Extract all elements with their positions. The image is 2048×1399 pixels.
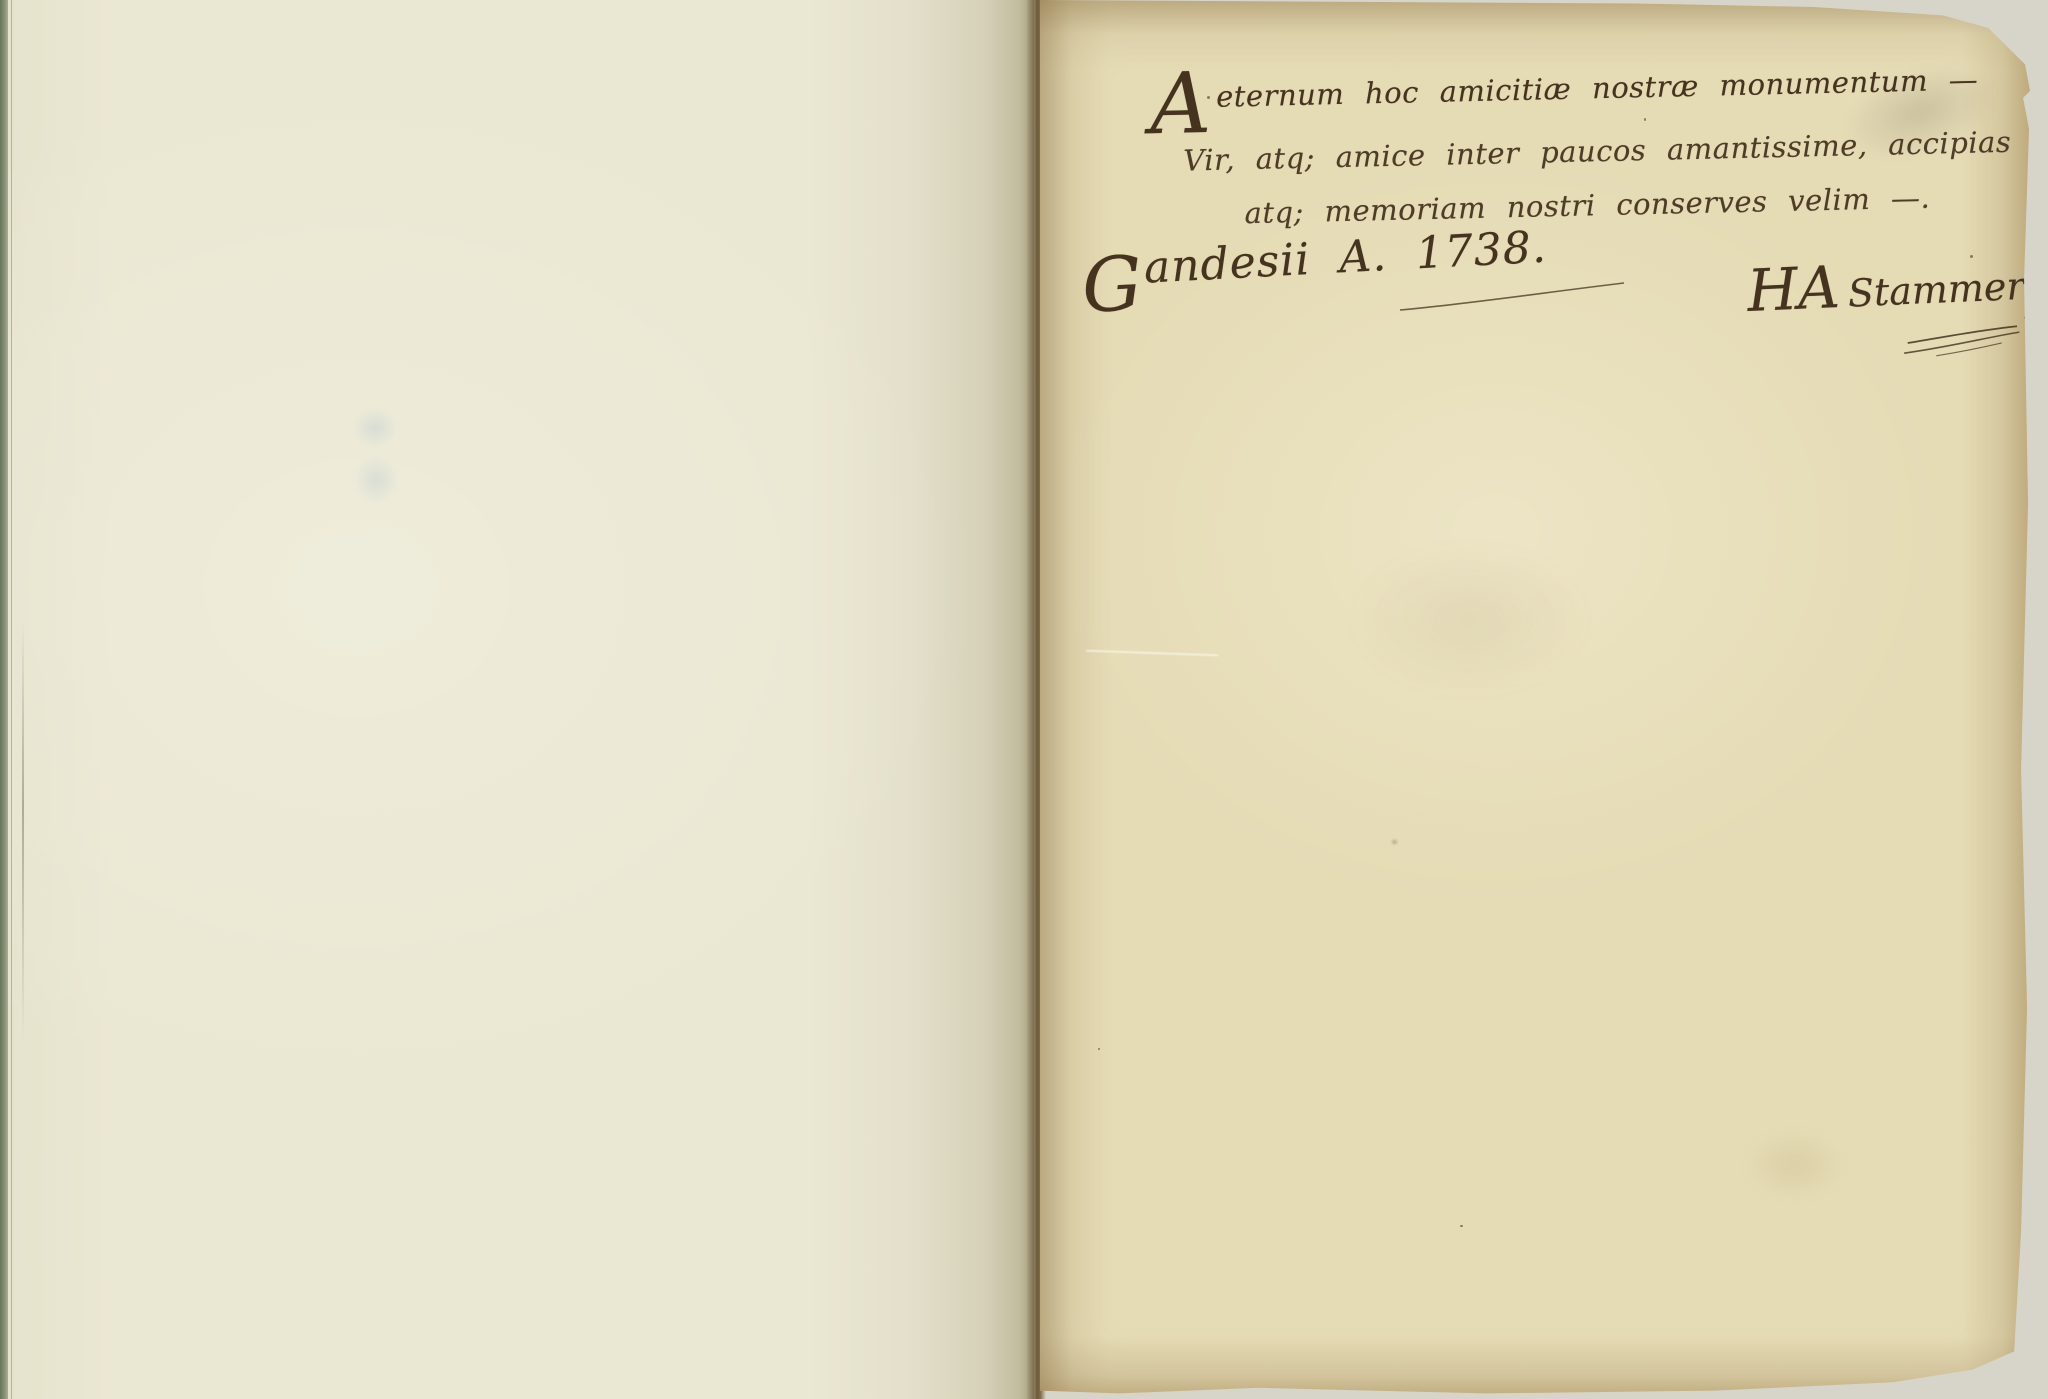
page-fold-line — [22, 620, 24, 1040]
inscription-line-3: atq; memoriam nostri conserves velim —. — [1244, 181, 1930, 231]
page-edge-line — [11, 0, 12, 1399]
inscription-line-2: Vir, atq; amice inter paucos amantissime… — [1183, 125, 2012, 178]
paper-speck — [1460, 1225, 1463, 1227]
manuscript-scan: Aeternum hoc amicitiæ nostræ monumentum … — [0, 0, 2048, 1399]
signature-monogram: HA — [1746, 253, 1841, 325]
blank-verso-page — [8, 0, 1034, 1399]
inscription-line-1: Aeternum hoc amicitiæ nostræ monumentum … — [1150, 63, 1979, 116]
faint-stain — [1730, 1120, 1860, 1210]
signature-flourish — [1901, 324, 2022, 359]
signature-suffix: jun. — [2027, 296, 2048, 320]
faint-stain — [1310, 520, 1630, 720]
dateline-flourish — [1398, 280, 1628, 316]
signature-block: HAStammerjun. — [1746, 249, 2048, 372]
paper-speck — [1098, 1048, 1100, 1050]
signature-name: Stammer — [1847, 264, 2025, 316]
show-through-stain — [346, 402, 404, 510]
parchment-recto-page: Aeternum hoc amicitiæ nostræ monumentum … — [1040, 0, 2032, 1399]
ink-spot — [1390, 838, 1399, 846]
